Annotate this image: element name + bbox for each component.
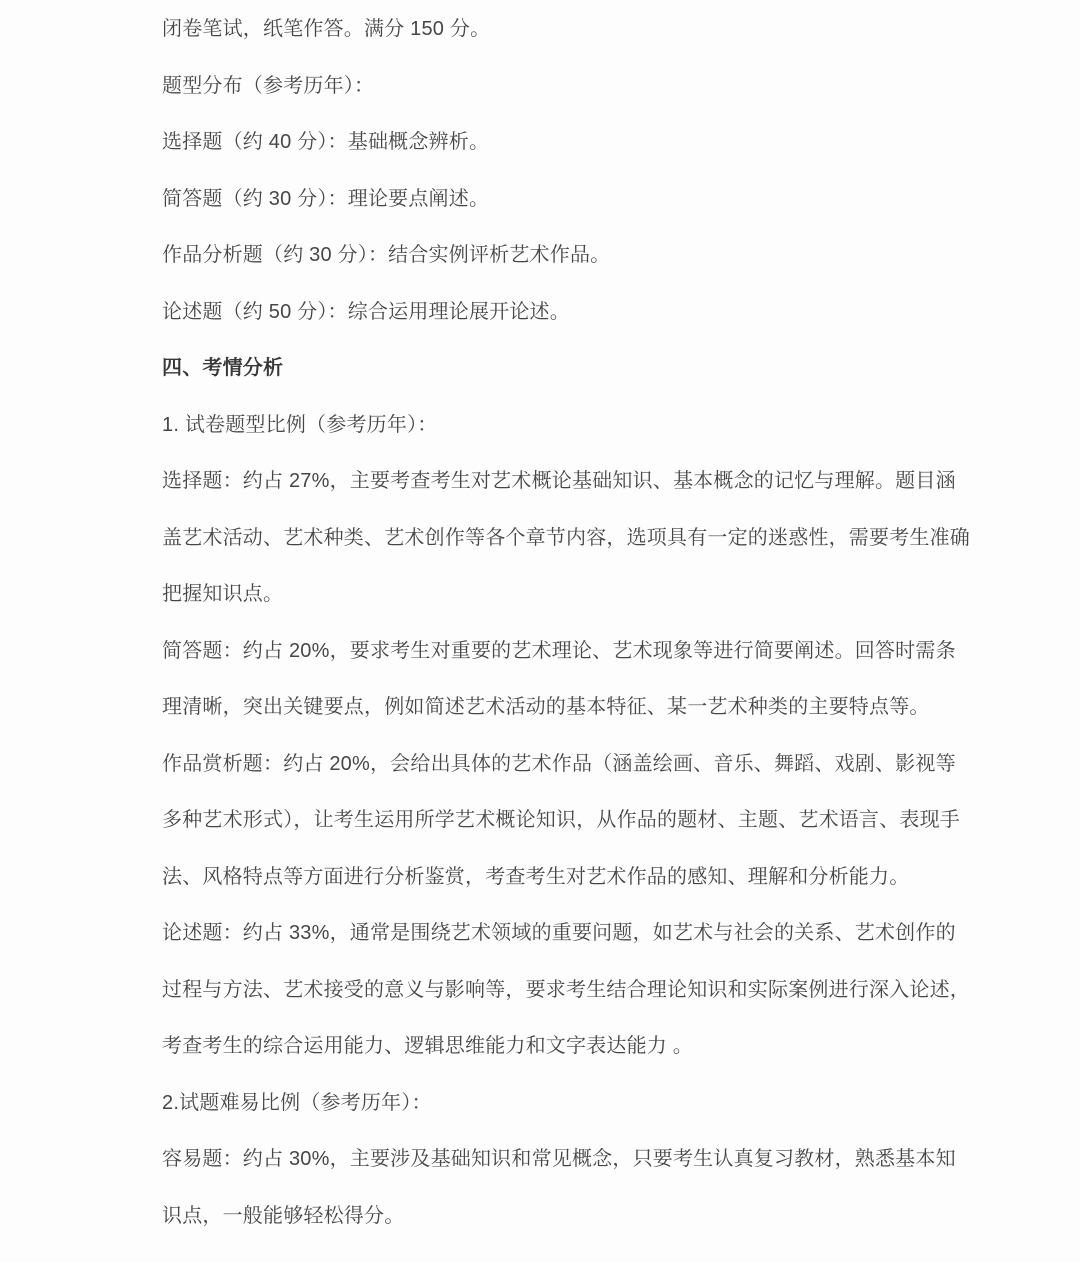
text-line: 论述题：约占 33%，通常是围绕艺术领域的重要问题，如艺术与社会的关系、艺术创作… — [162, 905, 930, 962]
text-line: 题型分布（参考历年）： — [162, 58, 930, 115]
text-line: 简答题：约占 20%，要求考生对重要的艺术理论、艺术现象等进行简要阐述。回答时需… — [162, 623, 930, 680]
text-line: 多种艺术形式），让考生运用所学艺术概论知识，从作品的题材、主题、艺术语言、表现手 — [162, 792, 930, 849]
text-line: 法、风格特点等方面进行分析鉴赏，考查考生对艺术作品的感知、理解和分析能力。 — [162, 849, 930, 906]
text-line: 选择题：约占 27%，主要考查考生对艺术概论基础知识、基本概念的记忆与理解。题目… — [162, 453, 930, 510]
text-line: 作品分析题（约 30 分）：结合实例评析艺术作品。 — [162, 227, 930, 284]
text-line: 闭卷笔试，纸笔作答。满分 150 分。 — [162, 1, 930, 58]
text-line: 作品赏析题：约占 20%，会给出具体的艺术作品（涵盖绘画、音乐、舞蹈、戏剧、影视… — [162, 736, 930, 793]
text-line: 考查考生的综合运用能力、逻辑思维能力和文字表达能力 。 — [162, 1018, 930, 1075]
text-line: 过程与方法、艺术接受的意义与影响等，要求考生结合理论知识和实际案例进行深入论述， — [162, 962, 930, 1019]
text-line: 盖艺术活动、艺术种类、艺术创作等各个章节内容，选项具有一定的迷惑性，需要考生准确 — [162, 510, 930, 567]
section-heading: 四、考情分析 — [162, 340, 930, 397]
document-page: 闭卷笔试，纸笔作答。满分 150 分。题型分布（参考历年）：选择题（约 40 分… — [0, 0, 1080, 1263]
text-line: 简答题（约 30 分）：理论要点阐述。 — [162, 171, 930, 228]
text-line: 选择题（约 40 分）：基础概念辨析。 — [162, 114, 930, 171]
text-line: 容易题：约占 30%，主要涉及基础知识和常见概念，只要考生认真复习教材，熟悉基本… — [162, 1131, 930, 1188]
text-line: 把握知识点。 — [162, 566, 930, 623]
text-line: 1. 试卷题型比例（参考历年）： — [162, 397, 930, 454]
text-line: 理清晰，突出关键要点，例如简述艺术活动的基本特征、某一艺术种类的主要特点等。 — [162, 679, 930, 736]
text-line: 2.试题难易比例（参考历年）： — [162, 1075, 930, 1132]
text-line: 论述题（约 50 分）：综合运用理论展开论述。 — [162, 284, 930, 341]
text-line: 识点，一般能够轻松得分。 — [162, 1188, 930, 1245]
